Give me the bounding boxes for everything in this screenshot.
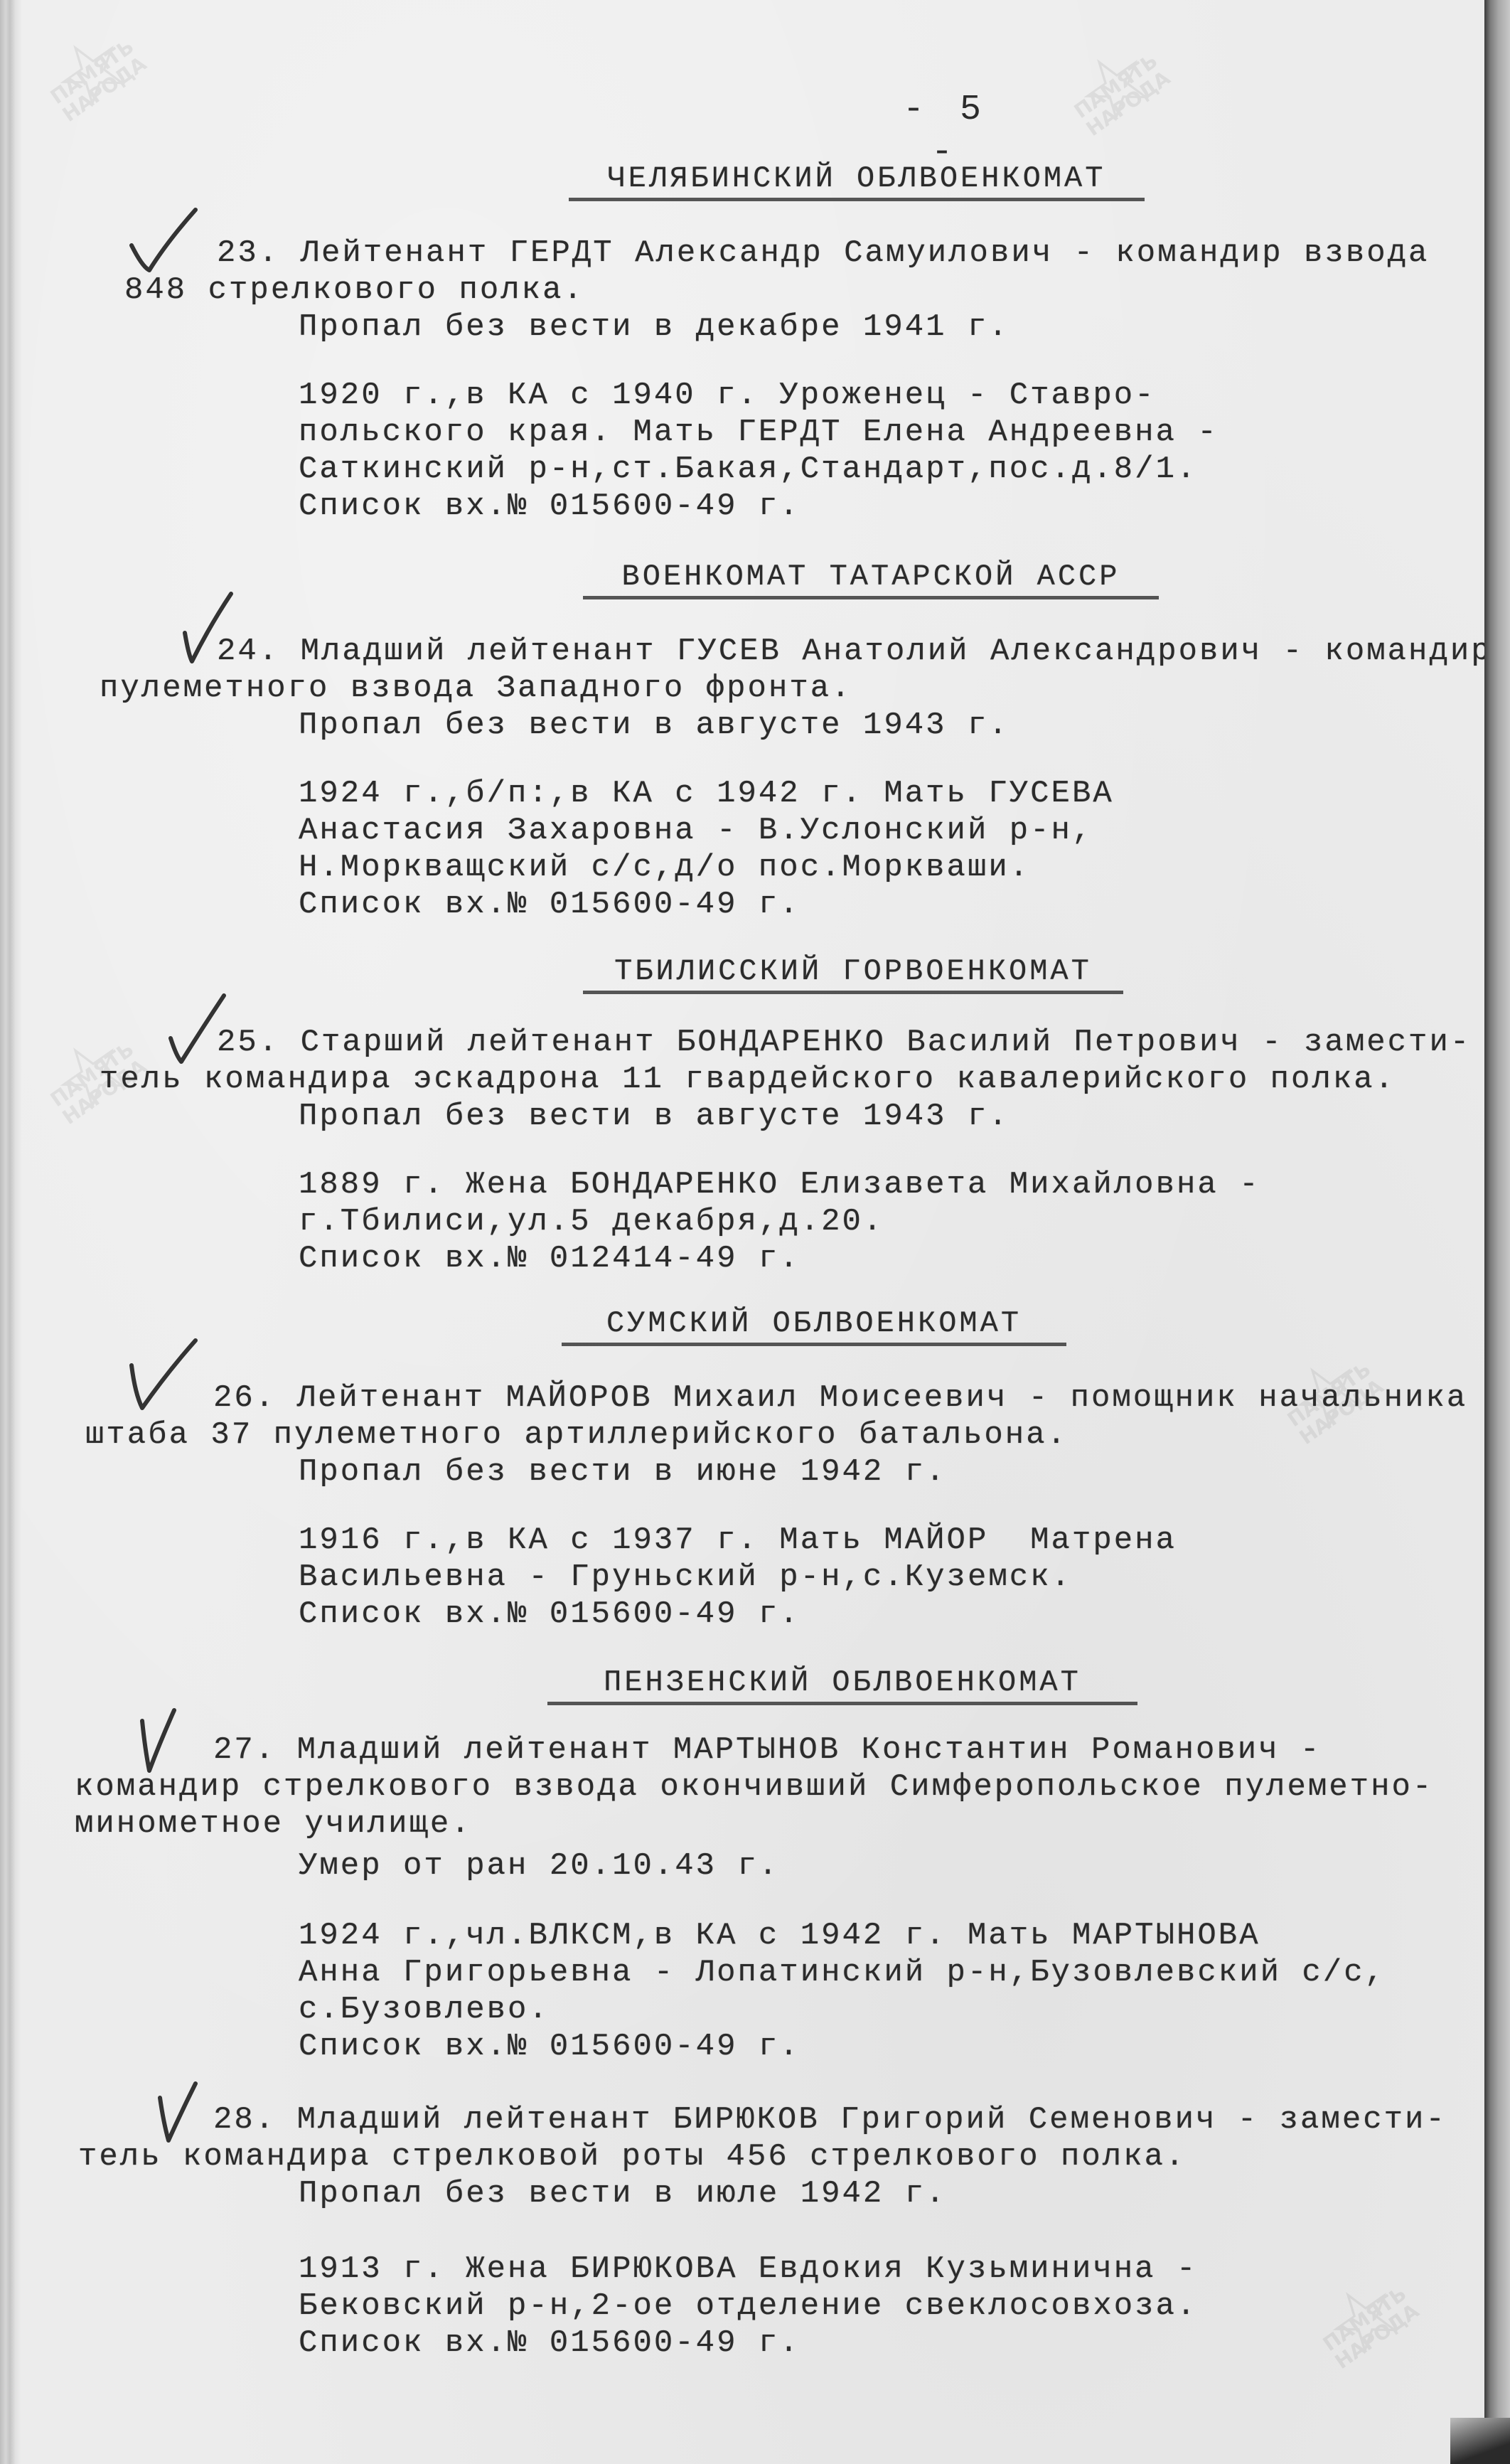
right-binding-edge [1484, 0, 1510, 2464]
entry-line: 24. Младший лейтенант ГУСЕВ Анатолий Але… [217, 633, 1492, 670]
entry-detail: 1920 г.,в КА с 1940 г. Уроженец - Ставро… [299, 377, 1156, 414]
entry-detail: 1913 г. Жена БИРЮКОВА Евдокия Кузьминичн… [299, 2251, 1197, 2288]
entry-detail: Анастасия Захаровна - В.Услонский р-н, [299, 812, 1093, 849]
section-heading: ПЕНЗЕНСКИЙ ОБЛВОЕНКОМАТ [547, 1664, 1137, 1701]
section-heading: ТБИЛИССКИЙ ГОРВОЕНКОМАТ [583, 953, 1123, 990]
entry-line: 28. Младший лейтенант БИРЮКОВ Григорий С… [213, 2101, 1447, 2138]
entry-detail: 1924 г.,б/п:,в КА с 1942 г. Мать ГУСЕВА [299, 775, 1114, 812]
entry-status: Умер от ран 20.10.43 г. [299, 1847, 779, 1884]
entry-status: Пропал без вести в декабре 1941 г. [299, 309, 1010, 346]
document-page: ☆ПАМЯТЬ НАРОДА ☆ПАМЯТЬ НАРОДА ☆ПАМЯТЬ НА… [0, 0, 1486, 2464]
entry-line: 26. Лейтенант МАЙОРОВ Михаил Моисеевич -… [213, 1380, 1467, 1417]
entry-detail: Васильевна - Груньский р-н,с.Куземск. [299, 1559, 1072, 1596]
entry-line: 25. Старший лейтенант БОНДАРЕНКО Василий… [217, 1024, 1471, 1061]
entry-line: пулеметного взвода Западного фронта. [100, 670, 852, 707]
entry-status: Пропал без вести в августе 1943 г. [299, 707, 1010, 744]
entry-detail: 1916 г.,в КА с 1937 г. Мать МАЙОР Матрен… [299, 1522, 1177, 1559]
entry-detail: Бековский р-н,2-ое отделение свеклосовхо… [299, 2288, 1197, 2325]
section-heading: ЧЕЛЯБИНСКИЙ ОБЛВОЕНКОМАТ [569, 160, 1145, 197]
entry-line: тель командира эскадрона 11 гвардейского… [100, 1061, 1396, 1098]
entry-line: тель командира стрелковой роты 456 стрел… [78, 2138, 1186, 2175]
entry-detail: с.Бузовлево. [299, 1991, 550, 2028]
entry-line: командир стрелкового взвода окончивший С… [75, 1769, 1433, 1806]
checkmark-icon [124, 203, 203, 281]
entry-status: Пропал без вести в июне 1942 г. [299, 1454, 947, 1490]
entry-line: минометное училище. [75, 1806, 472, 1842]
entry-line: штаба 37 пулеметного артиллерийского бат… [85, 1417, 1068, 1454]
entry-line: 23. Лейтенант ГЕРДТ Александр Самуилович… [217, 235, 1429, 272]
entry-detail: Список вх.№ 015600-49 г. [299, 488, 800, 525]
entry-detail: Список вх.№ 015600-49 г. [299, 2028, 800, 2065]
entry-detail: Список вх.№ 015600-49 г. [299, 886, 800, 923]
entry-detail: Саткинский р-н,ст.Бакая,Стандарт,пос.д.8… [299, 451, 1197, 488]
left-binding-edge [0, 0, 21, 2464]
entry-line: 27. Младший лейтенант МАРТЫНОВ Константи… [213, 1732, 1321, 1769]
entry-detail: Список вх.№ 015600-49 г. [299, 2325, 800, 2362]
page-corner-fold [1450, 2418, 1510, 2464]
entry-detail: польского края. Мать ГЕРДТ Елена Андреев… [299, 414, 1219, 451]
entry-status: Пропал без вести в июле 1942 г. [299, 2175, 947, 2212]
entry-status: Пропал без вести в августе 1943 г. [299, 1098, 1010, 1135]
watermark-star-icon: ☆ПАМЯТЬ НАРОДА [1290, 2251, 1469, 2429]
section-heading: ВОЕНКОМАТ ТАТАРСКОЙ АССР [583, 558, 1159, 595]
entry-detail: 1924 г.,чл.ВЛКСМ,в КА с 1942 г. Мать МАР… [299, 1917, 1260, 1954]
entry-detail: 1889 г. Жена БОНДАРЕНКО Елизавета Михайл… [299, 1166, 1260, 1203]
entry-detail: Н.Моркващский с/с,д/о пос.Моркваши. [299, 849, 1030, 886]
entry-detail: Список вх.№ 015600-49 г. [299, 1596, 800, 1633]
entry-detail: г.Тбилиси,ул.5 декабря,д.20. [299, 1203, 884, 1240]
watermark-star-icon: ☆ПАМЯТЬ НАРОДА [18, 4, 196, 182]
entry-detail: Анна Григорьевна - Лопатинский р-н,Бузов… [299, 1954, 1386, 1991]
checkmark-icon [124, 1337, 203, 1415]
section-heading: СУМСКИЙ ОБЛВОЕНКОМАТ [562, 1305, 1066, 1342]
entry-line: 848 стрелкового полка. [124, 272, 584, 309]
entry-detail: Список вх.№ 012414-49 г. [299, 1240, 800, 1277]
